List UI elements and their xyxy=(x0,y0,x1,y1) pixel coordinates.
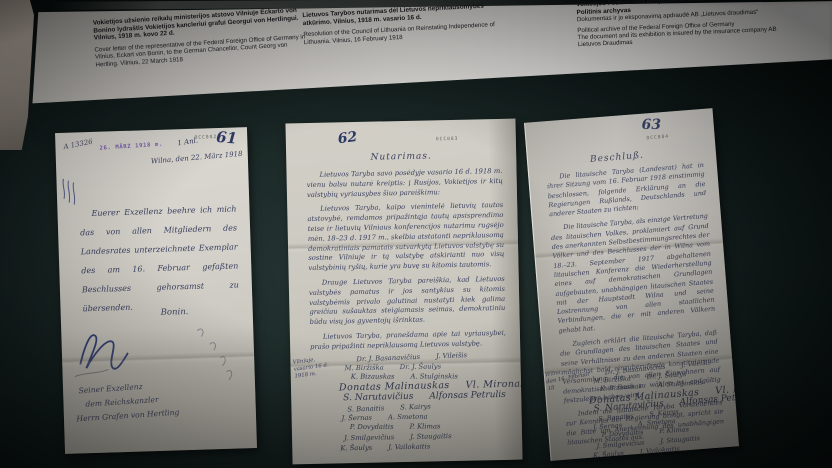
folio-number: 63 xyxy=(641,117,661,133)
act-title: Nutarimas. xyxy=(286,150,516,165)
address-line: dem Reichskanzler xyxy=(85,394,178,409)
signature-name: K. Bizauskas xyxy=(351,372,395,382)
signature-name: A. Stulginskis xyxy=(411,371,458,381)
signature-name: J. Staugaitis xyxy=(410,431,452,442)
signatures-block: Dr. J. BasanavičiusJ. Vileišis M. Biržiš… xyxy=(336,350,514,454)
archive-stamp: OCC082 xyxy=(195,135,218,141)
registry-number: A 13326 xyxy=(63,138,94,151)
signature-name: S. Banaitis xyxy=(347,403,384,414)
signature-bonin: Bonin. xyxy=(161,307,189,318)
pencil-marks-icon xyxy=(179,323,241,389)
signature-name: J. Vileišis xyxy=(436,350,467,361)
address-line: Herrn Grafen von Hertling xyxy=(76,408,179,424)
signature-flourish-icon xyxy=(71,322,169,381)
signature-name: J. Vailokaitis xyxy=(639,445,680,457)
act-paragraph: Die litauische Taryba, als einzige Vertr… xyxy=(550,212,716,336)
archive-stamp: OCC083 xyxy=(436,137,459,142)
folio-number: 61 xyxy=(216,128,238,147)
act-paragraph: Drauge Lietuvos Taryba pareiškia, kad Li… xyxy=(309,275,506,328)
document-act-german: 63 OCC084 Beschluß. Die litauische Taryb… xyxy=(524,108,739,461)
signatures-block: Dr. J. BasanavičiusJ. Vileišis M. Biržiš… xyxy=(584,358,735,461)
letter-body: Euerer Exzellenz beehre ich mich das von… xyxy=(79,199,240,318)
address-block: Seiner Exzellenz dem Reichskanzler Herrn… xyxy=(78,380,180,428)
wall-background xyxy=(0,0,34,150)
signature-name: J. Vailokaitis xyxy=(388,441,430,452)
signature-name: P. Klimas xyxy=(410,421,441,431)
address-line: Seiner Exzellenz xyxy=(78,380,177,396)
folio-number: 62 xyxy=(337,129,358,147)
document-cover-letter: A 13326 26. MÄRZ 1918 m. 1 Anl. OCC082 6… xyxy=(55,127,257,454)
display-case: Vokietijos užsienio reikalų ministerijos… xyxy=(0,0,832,468)
signature-line: P. DovydaitisP. Klimas xyxy=(350,421,514,432)
signature-name: K. Šaulys xyxy=(593,449,624,461)
document-act-lithuanian: 62 OCC083 Nutarimas. Lietuvos Taryba sav… xyxy=(285,119,522,465)
act-title: Beschluß. xyxy=(590,151,645,165)
label-archive-credit: Vokietijos Federacinės Respublikos užsie… xyxy=(576,0,778,49)
act-paragraph: Lietuvos Taryba, kaipo vienintelė lietuv… xyxy=(307,201,504,274)
act-paragraph: Lietuvos Taryba savo posėdyje vasario 16… xyxy=(306,167,503,200)
act-body: Lietuvos Taryba savo posėdyje vasario 16… xyxy=(306,167,506,358)
signature-line: K. BizauskasA. Stulginskis xyxy=(351,371,513,382)
place-date-note: Vilniuje, vasario 16 d. 1918 m. xyxy=(292,354,340,381)
signature-name: P. Dovydaitis xyxy=(350,422,394,432)
date-received-stamp: 26. MÄRZ 1918 m. xyxy=(99,142,163,152)
signature-name: J. Smilgevičius xyxy=(344,432,394,443)
signature-name: S. Kairys xyxy=(400,401,431,412)
signature-name: K. Šaulys xyxy=(340,443,372,454)
dateline: Wilna, den 22. März 1918 xyxy=(151,150,243,166)
act-paragraph: Die litauische Taryba (Landesrat) hat in… xyxy=(546,161,707,220)
archive-stamp: OCC084 xyxy=(646,135,669,142)
